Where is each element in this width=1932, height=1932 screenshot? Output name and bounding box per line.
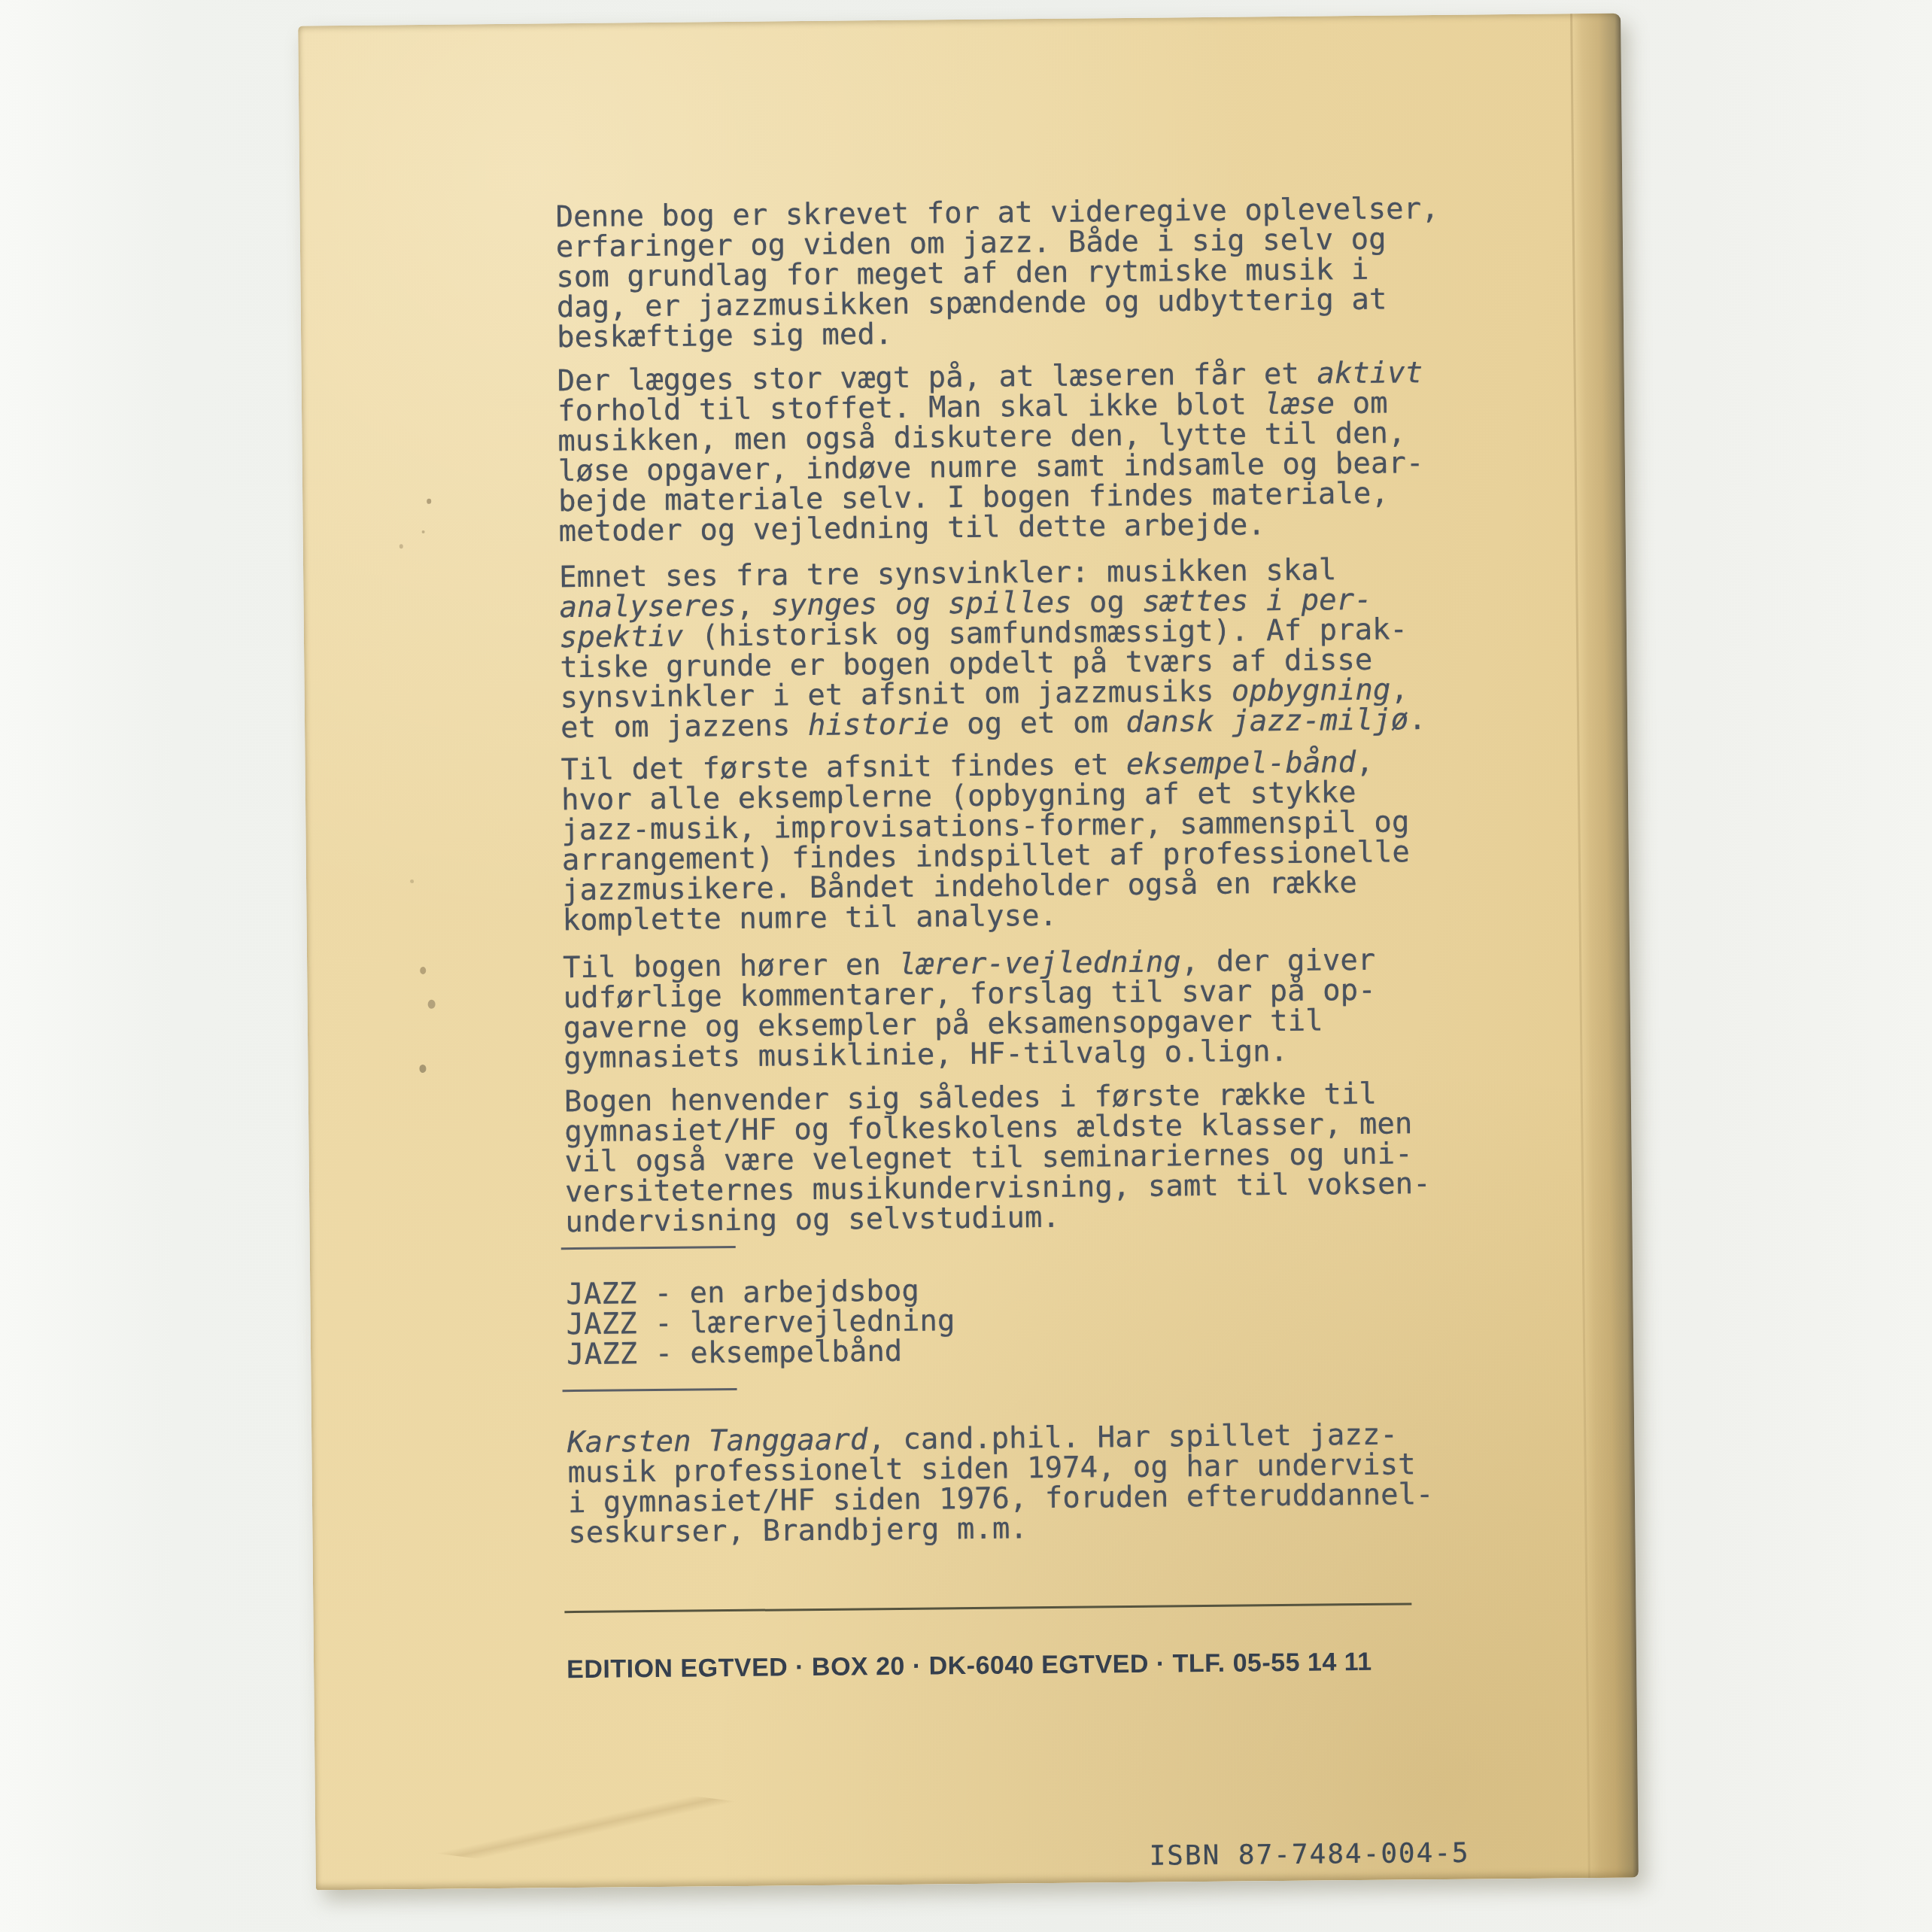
photo-backdrop: Denne bog er skrevet for at videregive o…: [0, 0, 1932, 1932]
series-rule-bottom: [563, 1388, 737, 1392]
publisher-imprint: EDITION EGTVED · BOX 20 · DK-6040 EGTVED…: [567, 1647, 1372, 1684]
ink-speck: [422, 530, 425, 533]
corner-crease: [424, 1762, 749, 1892]
series-rule-top: [561, 1246, 736, 1250]
book-back-cover: Denne bog er skrevet for at videregive o…: [298, 14, 1639, 1891]
blurb-paragraph-6: Bogen henvender sig således i første ræk…: [564, 1079, 1431, 1238]
blurb-paragraph-2: Der lægges stor vægt på, at læseren får …: [557, 358, 1425, 547]
ink-speck: [427, 499, 431, 504]
series-title-list: JAZZ - en arbejdsbogJAZZ - lærervejledni…: [566, 1276, 955, 1370]
author-bio: Karsten Tanggaard, cand.phil. Har spille…: [567, 1420, 1434, 1548]
blurb-paragraph-4: Til det første afsnit findes et eksempel…: [560, 747, 1410, 936]
ink-speck: [419, 1065, 426, 1073]
ink-speck: [428, 1000, 436, 1009]
ink-speck: [410, 879, 414, 883]
ink-speck: [420, 967, 426, 974]
blurb-paragraph-3: Emnet ses fra tre synsvinkler: musikken …: [559, 554, 1426, 743]
blurb-paragraph-5: Til bogen hører en lærer-vejledning, der…: [563, 946, 1377, 1074]
ink-speck: [399, 544, 403, 548]
imprint-rule: [564, 1602, 1411, 1613]
isbn-number: ISBN 87-7484-004-5: [1149, 1839, 1470, 1872]
blurb-paragraph-1: Denne bog er skrevet for at videregive o…: [555, 194, 1440, 353]
